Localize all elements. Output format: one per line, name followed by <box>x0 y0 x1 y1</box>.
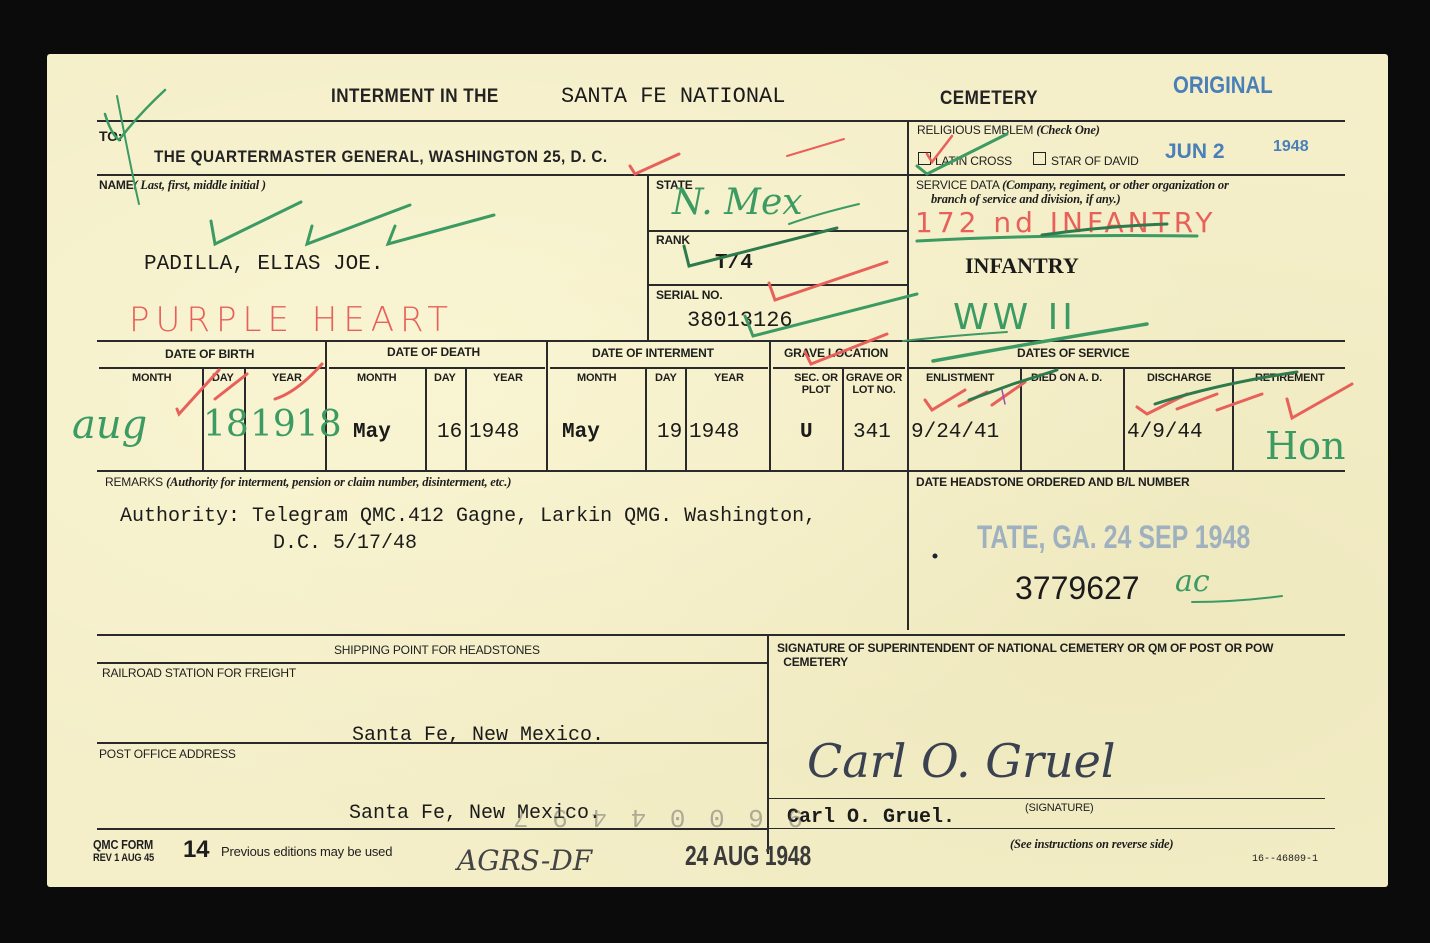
star-of-david-checkbox[interactable] <box>1033 152 1046 165</box>
railroad-label: RAILROAD STATION FOR FREIGHT <box>102 666 296 680</box>
dob-day-label: DAY <box>212 372 234 384</box>
divider <box>685 369 687 470</box>
grave-lot-label: GRAVE ORLOT NO. <box>845 372 903 396</box>
dob-year-label: YEAR <box>272 372 302 384</box>
service-data-label: SERVICE DATA (Company, regiment, or othe… <box>916 178 1229 193</box>
divider <box>329 367 545 369</box>
form-title-prefix: INTERMENT IN THE <box>331 86 499 108</box>
divider <box>649 284 907 286</box>
overprint-number: 9 6 0 0 4 4 9 7 <box>509 802 803 832</box>
dates-of-service-label: DATES OF SERVICE <box>1017 346 1129 360</box>
remarks-line-2: D.C. 5/17/48 <box>273 532 417 555</box>
form-id-line-1: QMC FORM <box>93 837 153 852</box>
previous-editions-note: Previous editions may be used <box>221 844 392 859</box>
divider <box>1123 369 1125 470</box>
date-of-interment-label: DATE OF INTERMENT <box>592 346 714 360</box>
divider <box>465 369 467 470</box>
purple-heart-annotation: PURPLE HEART <box>129 300 454 340</box>
grave-lot-value: 341 <box>853 421 891 444</box>
agrs-notation: AGRS-DF <box>457 844 592 877</box>
dod-year-value: 1948 <box>469 421 519 444</box>
signature-label: SIGNATURE OF SUPERINTENDENT OF NATIONAL … <box>777 641 1273 669</box>
divider <box>1020 369 1022 470</box>
divider <box>546 342 548 470</box>
doi-year-value: 1948 <box>689 421 739 444</box>
signature-handwritten: Carl O. Gruel <box>807 734 1116 788</box>
doi-day-label: DAY <box>655 372 677 384</box>
divider <box>97 340 1345 342</box>
received-stamp-year: 1948 <box>1273 138 1309 156</box>
latin-cross-label: LATIN CROSS <box>935 154 1012 168</box>
wwii-annotation: WW II <box>953 297 1077 338</box>
divider <box>649 230 907 232</box>
form-number: 14 <box>183 836 209 864</box>
religious-emblem-label: RELIGIOUS EMBLEM (Check One) <box>917 123 1100 138</box>
retirement-value: Hon <box>1265 424 1346 468</box>
post-office-label: POST OFFICE ADDRESS <box>99 747 236 761</box>
divider <box>97 470 1345 472</box>
cemetery-name: SANTA FE NATIONAL <box>561 84 785 109</box>
date-of-death-label: DATE OF DEATH <box>387 345 480 359</box>
date-of-birth-label: DATE OF BIRTH <box>165 347 254 361</box>
service-data-handwritten: 172 nd INFANTRY <box>915 206 1216 239</box>
dod-year-label: YEAR <box>493 372 523 384</box>
signature-line <box>769 798 1325 799</box>
divider <box>647 174 649 342</box>
instructions-note: (See instructions on reverse side) <box>1010 837 1173 852</box>
service-data-value: INFANTRY <box>965 253 1079 279</box>
dob-month-label: MONTH <box>132 372 171 384</box>
dob-month-value: aug <box>72 402 147 448</box>
latin-cross-checkbox[interactable] <box>918 152 931 165</box>
retirement-label: RETIREMENT <box>1255 372 1325 384</box>
doi-year-label: YEAR <box>714 372 744 384</box>
name-label: NAME( Last, first, middle initial ) <box>99 178 266 193</box>
signature-caption: (SIGNATURE) <box>1025 802 1093 814</box>
serial-value: 38013126 <box>687 308 793 333</box>
discharge-value: 4/9/44 <box>1127 421 1203 444</box>
sec-plot-label: SEC. ORPLOT <box>791 372 841 396</box>
divider <box>425 369 427 470</box>
divider <box>97 742 767 744</box>
divider <box>645 369 647 470</box>
dod-day-value: 16 <box>437 421 462 444</box>
doi-day-value: 19 <box>657 421 682 444</box>
remarks-line-1: Authority: Telegram QMC.412 Gagne, Larki… <box>120 505 816 528</box>
divider <box>97 174 1345 176</box>
dob-year-value: 1918 <box>250 404 342 445</box>
dod-month-value: May <box>353 421 391 444</box>
sec-plot-value: U <box>800 421 813 444</box>
service-data-hint: branch of service and division, if any.) <box>931 192 1120 207</box>
shipping-label: SHIPPING POINT FOR HEADSTONES <box>334 643 540 657</box>
divider <box>769 828 1335 829</box>
star-of-david-label: STAR OF DAVID <box>1051 154 1139 168</box>
rank-value: T/4 <box>715 252 753 275</box>
enlistment-label: ENLISTMENT <box>926 372 994 384</box>
doi-month-value: May <box>562 421 600 444</box>
divider <box>99 367 325 369</box>
print-code: 16--46809-1 <box>1252 854 1318 865</box>
state-value: N. Mex <box>672 182 803 223</box>
dod-month-label: MONTH <box>357 372 396 384</box>
signature-typed: Carl O. Gruel. <box>787 806 955 829</box>
to-value: THE QUARTERMASTER GENERAL, WASHINGTON 25… <box>154 147 608 167</box>
dob-day-value: 18 <box>203 404 249 445</box>
bl-number: 3779627 <box>1015 570 1140 607</box>
doi-month-label: MONTH <box>577 372 616 384</box>
divider <box>550 367 768 369</box>
received-stamp-bottom: 24 AUG 1948 <box>685 840 811 872</box>
interment-form-card: INTERMENT IN THE SANTA FE NATIONAL CEMET… <box>47 54 1388 887</box>
divider <box>909 367 1345 369</box>
headstone-stamp: TATE, GA. 24 SEP 1948 <box>977 519 1250 556</box>
name-value: PADILLA, ELIAS JOE. <box>144 253 383 276</box>
divider <box>769 342 771 470</box>
to-label: TO: <box>99 128 122 144</box>
discharge-label: DISCHARGE <box>1147 372 1211 384</box>
divider <box>1232 369 1234 470</box>
divider <box>842 369 844 470</box>
died-on-ad-label: DIED ON A. D. <box>1031 372 1102 384</box>
form-id-line-2: REV 1 AUG 45 <box>93 852 154 864</box>
rank-label: RANK <box>656 233 690 247</box>
original-stamp: ORIGINAL <box>1173 72 1273 100</box>
dod-day-label: DAY <box>434 372 456 384</box>
serial-label: SERIAL NO. <box>656 288 722 302</box>
divider <box>97 120 1345 122</box>
headstone-label: DATE HEADSTONE ORDERED AND B/L NUMBER <box>916 475 1190 489</box>
divider <box>773 367 905 369</box>
received-stamp-date: JUN 2 <box>1165 140 1225 164</box>
enlistment-value: 9/24/41 <box>911 421 999 444</box>
divider <box>97 662 767 664</box>
grave-location-label: GRAVE LOCATION <box>784 346 888 360</box>
remarks-label: REMARKS (Authority for interment, pensio… <box>105 475 511 490</box>
form-title-suffix: CEMETERY <box>940 88 1038 110</box>
divider-right-column <box>907 120 909 630</box>
headstone-initials: ac <box>1175 564 1210 599</box>
divider <box>97 634 1345 636</box>
